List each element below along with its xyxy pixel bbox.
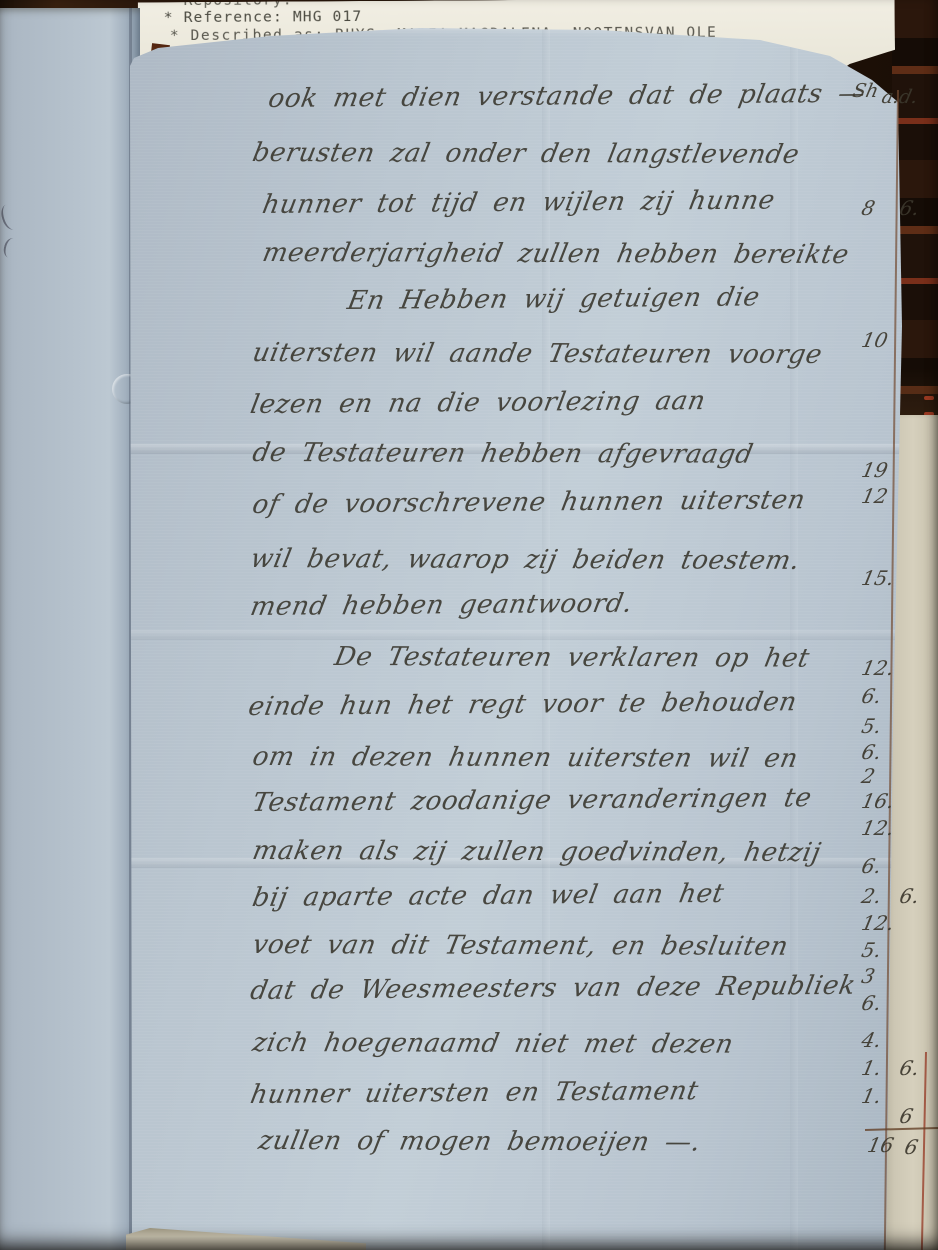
- slip-reference-line: * Reference: MHG 017: [164, 9, 363, 26]
- margin-amount: 12.: [859, 656, 896, 680]
- margin-amount: 16.: [859, 789, 896, 813]
- money-column-header-right: a.d.: [880, 86, 920, 108]
- book-spine-mark: [924, 396, 934, 400]
- margin-amount: 12.: [859, 911, 896, 935]
- left-page-fold: [0, 8, 140, 1250]
- stray-ink-mark: [0, 202, 22, 232]
- stray-ink-mark: [2, 237, 21, 260]
- photo-of-archival-document: * Repository: * Reference: MHG 017 * Des…: [0, 0, 938, 1250]
- margin-amount: 12: [859, 484, 890, 508]
- vertical-crease: [790, 26, 798, 1250]
- manuscript-page: [130, 26, 910, 1250]
- slip-repository-line: * Repository:: [164, 0, 293, 9]
- margin-amount: 10: [859, 328, 890, 352]
- margin-amount: 12.: [859, 816, 896, 840]
- total-left: 16: [865, 1133, 896, 1157]
- margin-amount: 15.: [859, 566, 896, 590]
- margin-amount: 19: [859, 458, 890, 482]
- vertical-crease: [542, 26, 550, 1250]
- money-column-header-left: Sh: [851, 80, 881, 102]
